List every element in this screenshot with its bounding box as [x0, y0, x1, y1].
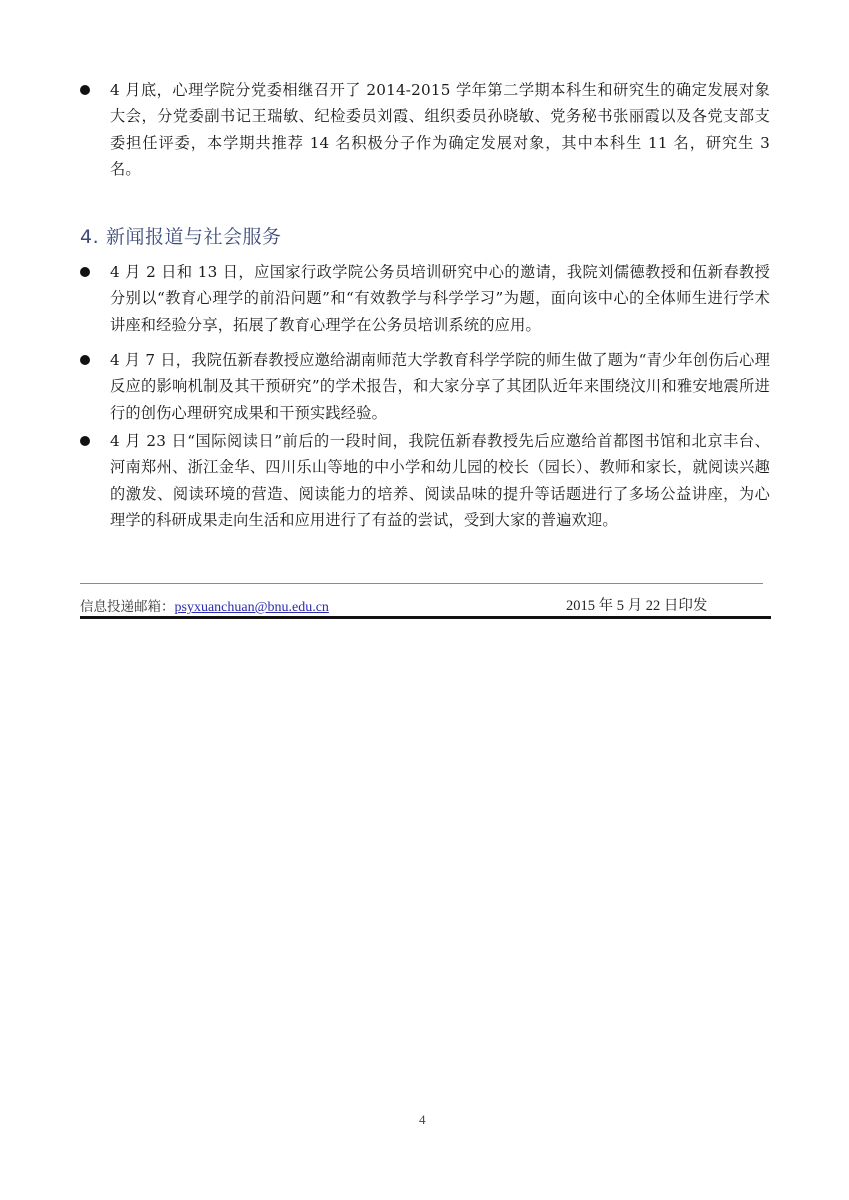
section-title: 新闻报道与社会服务: [106, 226, 282, 248]
list-item: 4 月 23 日“国际阅读日”前后的一段时间，我院伍新春教授先后应邀给首都图书馆…: [80, 428, 770, 533]
bullet-icon: [80, 355, 90, 365]
list-item: 4 月 7 日，我院伍新春教授应邀给湖南师范大学教育科学学院的师生做了题为“青少…: [80, 347, 770, 426]
page-number: 4: [419, 1112, 426, 1128]
section-heading: 4.新闻报道与社会服务: [80, 222, 282, 249]
paragraph-text: 4 月底，心理学院分党委相继召开了 2014-2015 学年第二学期本科生和研究…: [110, 77, 770, 182]
document-page: 4 月底，心理学院分党委相继召开了 2014-2015 学年第二学期本科生和研究…: [0, 0, 849, 1200]
paragraph-text: 4 月 7 日，我院伍新春教授应邀给湖南师范大学教育科学学院的师生做了题为“青少…: [110, 347, 770, 426]
bullet-icon: [80, 85, 90, 95]
email-link[interactable]: psyxuanchuan@bnu.edu.cn: [175, 600, 329, 615]
paragraph-text: 4 月 23 日“国际阅读日”前后的一段时间，我院伍新春教授先后应邀给首都图书馆…: [110, 428, 770, 533]
section-number: 4.: [80, 226, 106, 248]
email-label: 信息投递邮箱：: [80, 599, 175, 615]
bullet-icon: [80, 436, 90, 446]
list-item: 4 月底，心理学院分党委相继召开了 2014-2015 学年第二学期本科生和研究…: [80, 77, 770, 182]
list-item: 4 月 2 日和 13 日，应国家行政学院公务员培训研究中心的邀请，我院刘儒德教…: [80, 259, 770, 338]
issue-date: 2015 年 5 月 22 日印发: [566, 594, 707, 615]
footer-divider-thick: [80, 616, 771, 619]
footer-contact: 信息投递邮箱：psyxuanchuan@bnu.edu.cn: [80, 595, 329, 616]
footer-divider-thin: [80, 583, 763, 584]
bullet-icon: [80, 267, 90, 277]
paragraph-text: 4 月 2 日和 13 日，应国家行政学院公务员培训研究中心的邀请，我院刘儒德教…: [110, 259, 770, 338]
